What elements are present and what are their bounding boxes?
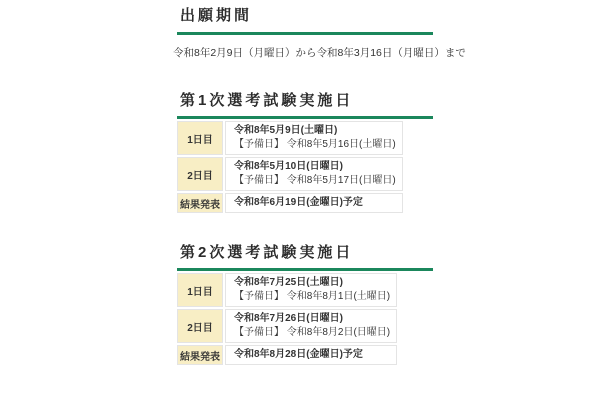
second-exam-table: 1日目 令和8年7月25日(土曜日) 【予備日】 令和8年8月1日(土曜日) 2… — [175, 271, 399, 367]
first-exam-table: 1日目 令和8年5月9日(土曜日) 【予備日】 令和8年5月16日(土曜日) 2… — [175, 119, 405, 215]
row-label: 結果発表 — [177, 193, 223, 213]
section-second-exam: 第2次選考試験実施日 1日目 令和8年7月25日(土曜日) 【予備日】 令和8年… — [173, 243, 439, 367]
row-value: 令和8年5月10日(日曜日) 【予備日】 令和8年5月17日(日曜日) — [225, 157, 403, 191]
reserve-date: 【予備日】 令和8年5月17日(日曜日) — [234, 174, 396, 188]
row-value: 令和8年6月19日(金曜日)予定 — [225, 193, 403, 213]
row-label: 2日目 — [177, 157, 223, 191]
row-label: 結果発表 — [177, 345, 223, 365]
table-row: 2日目 令和8年5月10日(日曜日) 【予備日】 令和8年5月17日(日曜日) — [177, 157, 403, 191]
row-label: 1日目 — [177, 121, 223, 155]
result-date: 令和8年8月28日(金曜日)予定 — [234, 348, 390, 362]
row-value: 令和8年7月25日(土曜日) 【予備日】 令和8年8月1日(土曜日) — [225, 273, 397, 307]
row-label: 2日目 — [177, 309, 223, 343]
section-first-exam: 第1次選考試験実施日 1日目 令和8年5月9日(土曜日) 【予備日】 令和8年5… — [173, 91, 439, 215]
application-period-title: 出願期間 — [173, 6, 439, 26]
second-exam-title: 第2次選考試験実施日 — [173, 243, 439, 263]
heading-underline — [177, 32, 433, 35]
page-content: 出願期間 令和8年2月9日（月曜日）から令和8年3月16日（月曜日）まで 第1次… — [173, 0, 439, 367]
table-row: 2日目 令和8年7月26日(日曜日) 【予備日】 令和8年8月2日(日曜日) — [177, 309, 397, 343]
exam-date: 令和8年5月9日(土曜日) — [234, 124, 396, 138]
section-application-period: 出願期間 令和8年2月9日（月曜日）から令和8年3月16日（月曜日）まで — [173, 6, 439, 60]
exam-date: 令和8年7月26日(日曜日) — [234, 312, 390, 326]
table-row: 結果発表 令和8年8月28日(金曜日)予定 — [177, 345, 397, 365]
result-date: 令和8年6月19日(金曜日)予定 — [234, 196, 396, 210]
row-value: 令和8年8月28日(金曜日)予定 — [225, 345, 397, 365]
table-row: 結果発表 令和8年6月19日(金曜日)予定 — [177, 193, 403, 213]
reserve-date: 【予備日】 令和8年5月16日(土曜日) — [234, 138, 396, 152]
reserve-date: 【予備日】 令和8年8月1日(土曜日) — [234, 290, 390, 304]
row-value: 令和8年7月26日(日曜日) 【予備日】 令和8年8月2日(日曜日) — [225, 309, 397, 343]
application-period-text: 令和8年2月9日（月曜日）から令和8年3月16日（月曜日）まで — [173, 46, 439, 60]
table-row: 1日目 令和8年7月25日(土曜日) 【予備日】 令和8年8月1日(土曜日) — [177, 273, 397, 307]
row-label: 1日目 — [177, 273, 223, 307]
exam-date: 令和8年5月10日(日曜日) — [234, 160, 396, 174]
table-row: 1日目 令和8年5月9日(土曜日) 【予備日】 令和8年5月16日(土曜日) — [177, 121, 403, 155]
first-exam-title: 第1次選考試験実施日 — [173, 91, 439, 111]
row-value: 令和8年5月9日(土曜日) 【予備日】 令和8年5月16日(土曜日) — [225, 121, 403, 155]
exam-date: 令和8年7月25日(土曜日) — [234, 276, 390, 290]
reserve-date: 【予備日】 令和8年8月2日(日曜日) — [234, 326, 390, 340]
